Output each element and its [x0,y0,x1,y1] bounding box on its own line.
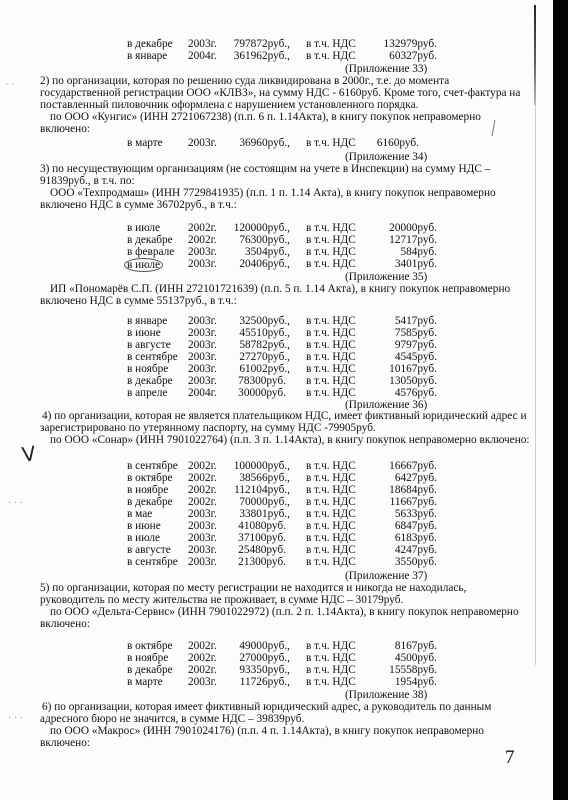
vat-label: в т.ч. НДС [306,664,356,676]
month: в сентябре [127,556,178,568]
scan-edge-line [534,5,536,105]
page-number: 7 [505,752,515,764]
table-row: в июле 2003г. 37100руб. в т.ч. НДС 6183р… [0,532,553,544]
table-row: в октябре 2002г. 49000руб., в т.ч. НДС 8… [0,640,553,652]
handwritten-check-mark: V [21,447,36,461]
paragraph-5-org: по ООО «Дельта-Сервис» (ИНН 7901022972) … [40,606,530,630]
month: в ноябре [127,484,168,496]
year: 2002г. [188,664,217,676]
table-row: в сентябре 2002г. 100000руб., в т.ч. НДС… [0,460,553,472]
year: 2002г. [188,496,217,508]
vat-label: в т.ч. НДС [306,351,356,363]
amount: 27270руб., [239,351,290,363]
amount: 45510руб., [239,327,290,339]
vat-label: в т.ч. НДС [306,676,356,688]
month-circled: в июле [124,258,163,272]
year: 2003г. [188,246,217,258]
amount: 21300руб. [238,556,286,568]
vat-label: в т.ч. НДС [306,484,356,496]
month: в декабре [127,496,173,508]
paragraph-4: 4) по организации, которая не является п… [40,410,530,434]
table-row: в ноябре 2003г. 61002руб., в т.ч. НДС 10… [0,363,553,375]
vat-amount: 8167руб. [395,640,437,652]
scan-speck: · · [5,80,14,92]
month: в декабре [127,664,173,676]
year: 2003г. [188,38,217,50]
year: 2003г. [188,508,217,520]
table-row: в ноябре 2002г. 112104руб., в т.ч. НДС 1… [0,484,553,496]
vat-amount: 3550руб. [395,556,437,568]
vat-amount: 7585руб. [395,327,437,339]
amount: 112104руб., [234,484,290,496]
month: в июле [127,532,160,544]
amount: 30000руб. [238,387,286,399]
month: в октябре [127,640,173,652]
vat-amount: 15558руб. [389,664,437,676]
table-row: в декабре 2002г. 76300руб., в т.ч. НДС 1… [0,234,553,246]
vat-amount: 20000руб. [389,222,437,234]
year: 2002г. [188,484,217,496]
paragraph-3-ip: ИП «Пономарёв С.П. (ИНН 272101721639) (п… [40,283,530,307]
year: 2004г. [188,50,217,62]
vat-amount: 4500руб. [395,652,437,664]
vat-label: в т.ч. НДС [306,556,356,568]
paragraph-5: 5) по организации, которая по месту реги… [40,582,530,606]
month: в апреле [127,387,167,399]
amount: 27000руб., [239,652,290,664]
vat-label: в т.ч. НДС [306,460,356,472]
table-row: в июне 2003г. 45510руб., в т.ч. НДС 7585… [0,327,553,339]
amount: 797872руб., [234,38,290,50]
amount: 76300руб., [239,234,290,246]
amount: 36960руб., [239,137,290,149]
month: в мае [127,508,152,520]
month: в декабре [127,234,173,246]
year: 2002г. [188,472,217,484]
vat-label: в т.ч. НДС [306,137,356,149]
vat-amount: 5633руб. [395,508,437,520]
month: в августе [127,544,171,556]
vat-amount: 6427руб. [395,472,437,484]
month: в июне [127,327,161,339]
year: 2003г. [188,351,217,363]
appendix-label: (Приложение 35) [345,271,427,283]
table-row: в октябре 2002г. 38566руб., в т.ч. НДС 6… [0,472,553,484]
month: в марте [127,137,163,149]
month: в январе [127,315,167,327]
vat-label: в т.ч. НДС [306,472,356,484]
table-row: в июле 2003г. 20406руб., в т.ч. НДС 3401… [0,258,553,270]
vat-label: в т.ч. НДС [306,520,356,532]
year: 2002г. [188,222,217,234]
vat-amount: 60327руб. [389,50,437,62]
vat-label: в т.ч. НДС [306,363,356,375]
table-row: в феврале 2003г. 3504руб., в т.ч. НДС 58… [0,246,553,258]
year: 2003г. [188,532,217,544]
vat-amount: 6847руб. [395,520,437,532]
paragraph-2: 2) по организации, которая по решению су… [40,75,530,111]
vat-amount: 6183руб. [395,532,437,544]
amount: 33801руб., [239,508,290,520]
amount: 41080руб. [238,520,286,532]
amount: 58782руб., [239,339,290,351]
vat-label: в т.ч. НДС [306,50,356,62]
month: в сентябре [127,460,178,472]
month: в ноябре [127,652,168,664]
table-row: в апреле 2004г. 30000руб. в т.ч. НДС 457… [0,387,553,399]
year: 2003г. [188,363,217,375]
month: в ноябре [127,363,168,375]
vat-amount: 16667руб. [389,460,437,472]
vat-amount: 6160руб. [377,137,419,149]
table-row: в марте 2003г. 11726руб., в т.ч. НДС 195… [0,676,553,688]
table-row: в марте 2003г. 36960руб., в т.ч. НДС 616… [0,137,553,149]
amount: 61002руб., [239,363,290,375]
table-row: в декабре 2003г. 797872руб., в т.ч. НДС … [0,38,553,50]
amount: 37100руб. [238,532,286,544]
table-row: в декабре 2003г. 78300руб. в т.ч. НДС 13… [0,375,553,387]
paragraph-2-org: по ООО «Кунгис» (ИНН 2721067238) (п.п. 6… [40,111,530,135]
scan-border [553,0,568,800]
vat-amount: 12717руб. [389,234,437,246]
table-row: в декабре 2002г. 93350руб., в т.ч. НДС 1… [0,664,553,676]
year: 2002г. [188,652,217,664]
table-row: в ноябре 2002г. 27000руб., в т.ч. НДС 45… [0,652,553,664]
vat-label: в т.ч. НДС [306,508,356,520]
month: в марте [127,676,163,688]
amount: 25480руб. [238,544,286,556]
year: 2003г. [188,375,217,387]
vat-amount: 4576руб. [395,387,437,399]
paragraph-3: 3) по несуществующим организациям (не со… [40,163,530,187]
month: в октябре [127,472,173,484]
paragraph-6-org: по ООО «Макрос» (ИНН 7901024176) (п.п. 4… [40,725,530,749]
vat-amount: 1954руб. [395,676,437,688]
table-row: в сентябре 2003г. 21300руб. в т.ч. НДС 3… [0,556,553,568]
appendix-label: (Приложение 34) [345,151,427,163]
vat-label: в т.ч. НДС [306,315,356,327]
amount: 361962руб., [234,50,290,62]
vat-label: в т.ч. НДС [306,544,356,556]
vat-label: в т.ч. НДС [306,258,356,270]
vat-amount: 10167руб. [389,363,437,375]
year: 2003г. [188,315,217,327]
amount: 70000руб., [239,496,290,508]
year: 2003г. [188,556,217,568]
vat-label: в т.ч. НДС [306,38,356,50]
table-row: в сентябре 2003г. 27270руб., в т.ч. НДС … [0,351,553,363]
vat-label: в т.ч. НДС [306,496,356,508]
table-row: в июле 2002г. 120000руб., в т.ч. НДС 200… [0,222,553,234]
month: в августе [127,339,171,351]
vat-label: в т.ч. НДС [306,640,356,652]
table-row: в августе 2003г. 25480руб. в т.ч. НДС 42… [0,544,553,556]
table-row: в декабре 2002г. 70000руб., в т.ч. НДС 1… [0,496,553,508]
scan-speck: · · · [8,713,23,725]
month: в июне [127,520,161,532]
vat-amount: 13050руб. [389,375,437,387]
appendix-label: (Приложение 38) [345,689,427,701]
vat-amount: 9797руб. [395,339,437,351]
vat-amount: 3401руб. [395,258,437,270]
month: в сентябре [127,351,178,363]
vat-amount: 11667руб. [390,496,437,508]
year: 2002г. [188,640,217,652]
month: в феврале [127,246,174,258]
table-row: в январе 2004г. 361962руб., в т.ч. НДС 6… [0,50,553,62]
table-row: в июне 2003г. 41080руб. в т.ч. НДС 6847р… [0,520,553,532]
vat-amount: 4545руб. [395,351,437,363]
vat-label: в т.ч. НДС [306,532,356,544]
month: в январе [127,50,167,62]
amount: 78300руб. [238,375,286,387]
appendix-label: (Приложение 37) [345,570,427,582]
vat-label: в т.ч. НДС [306,387,356,399]
month: в июле [127,222,160,234]
amount: 100000руб., [234,460,290,472]
year: 2003г. [188,520,217,532]
paragraph-3-org: ООО «Техпродмаш» (ИНН 7729841935) (п.п. … [40,187,530,211]
table-row: в августе 2003г. 58782руб., в т.ч. НДС 9… [0,339,553,351]
year: 2003г. [188,544,217,556]
amount: 20406руб., [239,258,290,270]
vat-label: в т.ч. НДС [306,222,356,234]
table-row: в январе 2003г. 32500руб., в т.ч. НДС 54… [0,315,553,327]
vat-label: в т.ч. НДС [306,652,356,664]
amount: 3504руб., [245,246,290,258]
vat-amount: 18684руб. [389,484,437,496]
amount: 11726руб., [240,676,290,688]
vat-label: в т.ч. НДС [306,375,356,387]
year: 2003г. [188,327,217,339]
year: 2003г. [188,137,217,149]
table-row: в мае 2003г. 33801руб., в т.ч. НДС 5633р… [0,508,553,520]
vat-amount: 4247руб. [395,544,437,556]
vat-label: в т.ч. НДС [306,327,356,339]
vat-amount: 5417руб. [395,315,437,327]
year: 2004г. [188,387,217,399]
amount: 32500руб., [239,315,290,327]
year: 2003г. [188,258,217,270]
vat-label: в т.ч. НДС [306,234,356,246]
year: 2003г. [188,676,217,688]
paragraph-6: 6) по организации, которая имеет фиктивн… [40,701,530,725]
scan-edge-line [535,105,536,665]
amount: 49000руб., [239,640,290,652]
amount: 38566руб., [239,472,290,484]
scan-speck: · · · [8,498,23,510]
month: в декабре [127,38,173,50]
vat-amount: 584руб. [400,246,437,258]
paragraph-4-org: по ООО «Сонар» (ИНН 7901022764) (п.п. 3 … [40,434,530,446]
amount: 120000руб., [234,222,290,234]
year: 2002г. [188,460,217,472]
vat-label: в т.ч. НДС [306,339,356,351]
month: в декабре [127,375,173,387]
amount: 93350руб., [239,664,290,676]
appendix-label: (Приложение 33) [345,63,427,75]
vat-amount: 132979руб. [384,38,437,50]
scanned-page: в декабре 2003г. 797872руб., в т.ч. НДС … [0,0,553,800]
year: 2002г. [188,234,217,246]
vat-label: в т.ч. НДС [306,246,356,258]
year: 2003г. [188,339,217,351]
